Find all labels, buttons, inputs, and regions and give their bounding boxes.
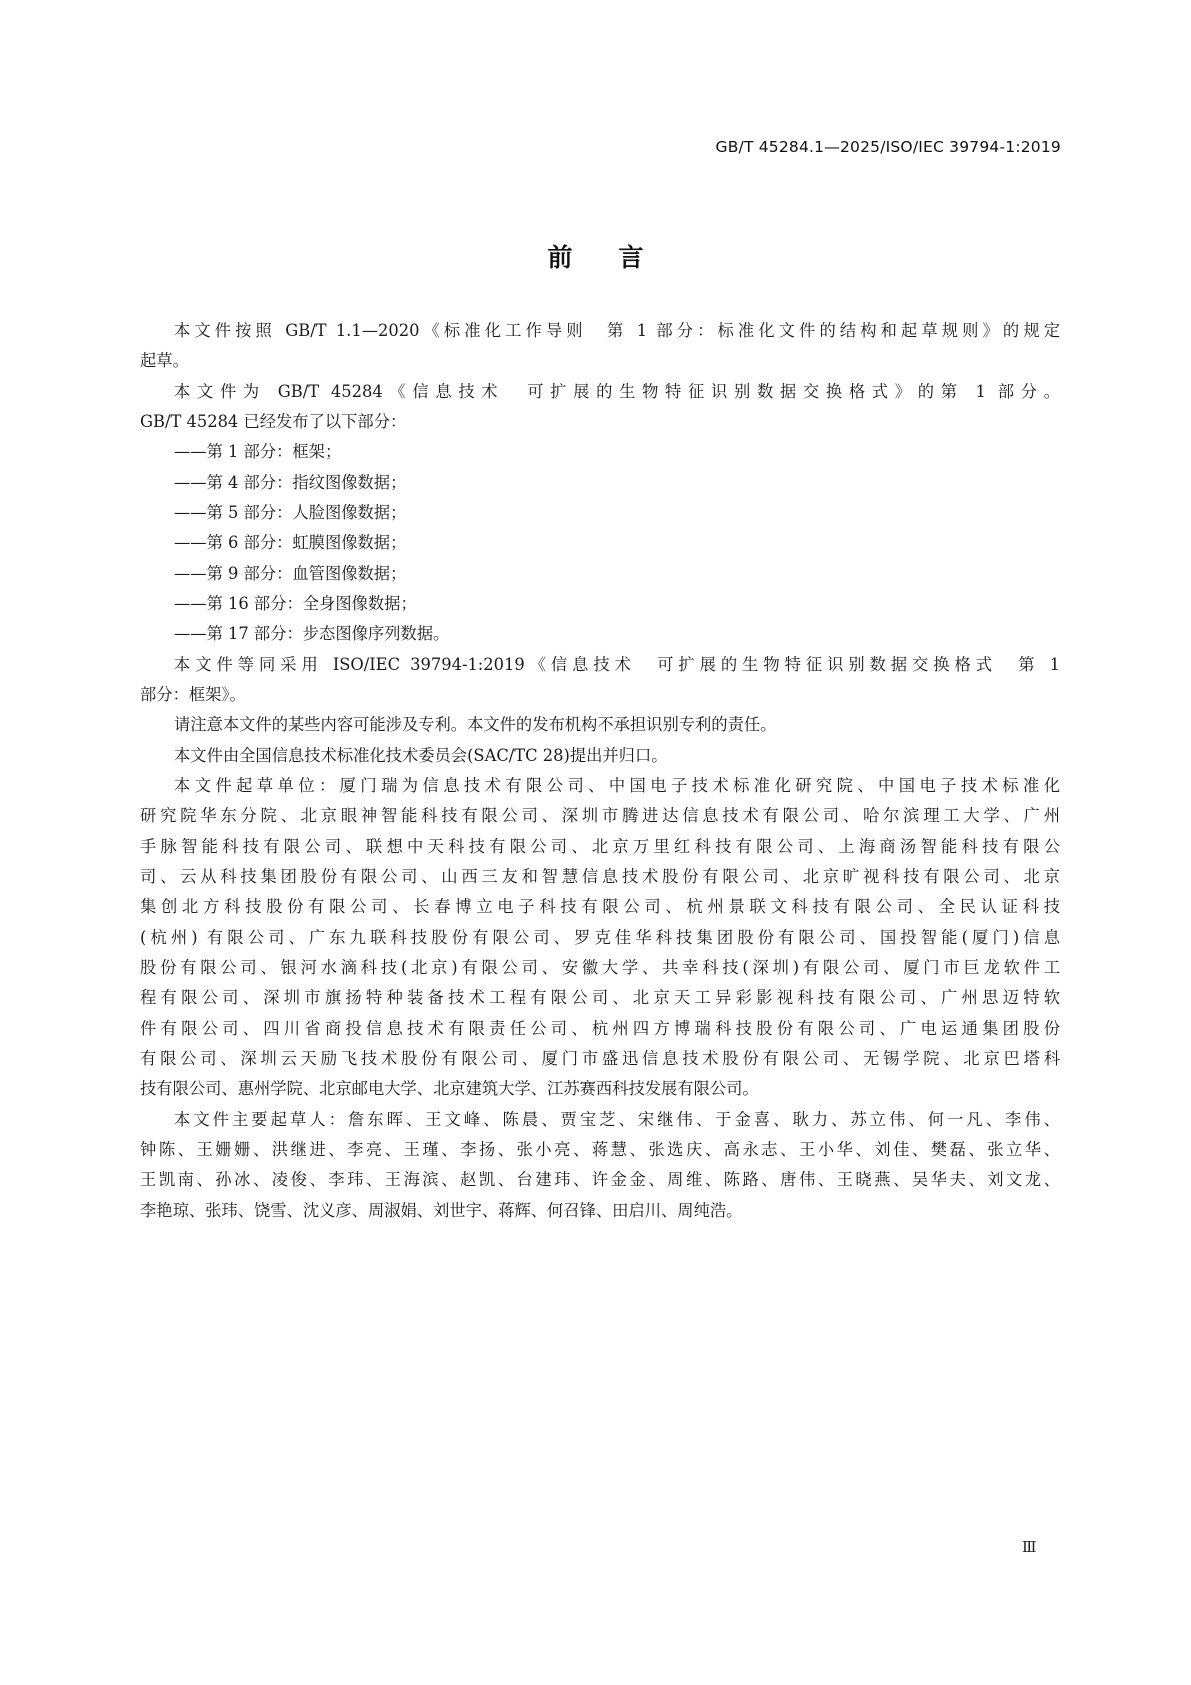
paragraph-2-line-1: 本文件为 GB/T 45284《信息技术 可扩展的生物特征识别数据交换格式》的第…	[174, 381, 1060, 403]
list-item: ——第 4 部分：指纹图像数据；	[174, 472, 1094, 494]
list-item: ——第 17 部分：步态图像序列数据。	[174, 623, 1094, 645]
paragraph-1-line-1: 本文件按照 GB/T 1.1—2020《标准化工作导则 第 1 部分：标准化文件…	[174, 320, 1060, 342]
paragraph-2-line-2: GB/T 45284 已经发布了以下部分：	[140, 411, 1060, 433]
list-item: ——第 5 部分：人脸图像数据；	[174, 502, 1094, 524]
org-line: 件有限公司、四川省商投信息技术有限责任公司、杭州四方博瑞科技股份有限公司、广电运…	[140, 1018, 1060, 1040]
paragraph-3-line-1: 本文件等同采用 ISO/IEC 39794-1:2019《信息技术 可扩展的生物…	[174, 654, 1060, 676]
patent-notice: 请注意本文件的某些内容可能涉及专利。本文件的发布机构不承担识别专利的责任。	[174, 714, 1094, 736]
org-line: 司、云从科技集团股份有限公司、山西三友和智慧信息技术股份有限公司、北京旷视科技有…	[140, 866, 1060, 888]
list-item: ——第 9 部分：血管图像数据；	[174, 563, 1094, 585]
list-item: ——第 16 部分：全身图像数据；	[174, 593, 1094, 615]
standard-number-header: GB/T 45284.1—2025/ISO/IEC 39794-1:2019	[715, 138, 1061, 156]
list-item: ——第 1 部分：框架；	[174, 441, 1094, 463]
org-line: 手脉智能科技有限公司、联想中天科技有限公司、北京万里红科技有限公司、上海商汤智能…	[140, 836, 1060, 858]
page-title: 前言	[0, 238, 1191, 274]
org-line: 技有限公司、惠州学院、北京邮电大学、北京建筑大学、江苏赛西科技发展有限公司。	[140, 1078, 1060, 1100]
org-line: 股份有限公司、银河水滴科技(北京)有限公司、安徽大学、共幸科技(深圳)有限公司、…	[140, 957, 1060, 979]
committee-statement: 本文件由全国信息技术标准化技术委员会(SAC/TC 28)提出并归口。	[174, 745, 1094, 767]
drafter-line: 钟陈、王姗姗、洪继进、李亮、王瑾、李扬、张小亮、蒋慧、张选庆、高永志、王小华、刘…	[140, 1139, 1060, 1161]
paragraph-3-line-2: 部分：框架》。	[140, 684, 1060, 706]
drafter-line: 李艳琼、张玮、饶雪、沈义彦、周淑娟、刘世宇、蒋辉、何召锋、田启川、周纯浩。	[140, 1200, 1060, 1222]
document-page: GB/T 45284.1—2025/ISO/IEC 39794-1:2019 前…	[0, 0, 1191, 1685]
org-line: 程有限公司、深圳市旗扬特种装备技术工程有限公司、北京天工异彩影视科技有限公司、广…	[140, 987, 1060, 1009]
org-line: 集创北方科技股份有限公司、长春博立电子科技有限公司、杭州景联文科技有限公司、全民…	[140, 896, 1060, 918]
page-number: Ⅲ	[1022, 1538, 1036, 1556]
org-line: 有限公司、深圳云天励飞技术股份有限公司、厦门市盛迅信息技术股份有限公司、无锡学院…	[140, 1048, 1060, 1070]
org-line: 研究院华东分院、北京眼神智能科技有限公司、深圳市腾进达信息技术有限公司、哈尔滨理…	[140, 805, 1060, 827]
org-line: 本文件起草单位：厦门瑞为信息技术有限公司、中国电子技术标准化研究院、中国电子技术…	[174, 775, 1060, 797]
list-item: ——第 6 部分：虹膜图像数据；	[174, 532, 1094, 554]
drafter-line: 本文件主要起草人：詹东晖、王文峰、陈晨、贾宝芝、宋继伟、于金喜、耿力、苏立伟、何…	[174, 1109, 1060, 1131]
drafter-line: 王凯南、孙冰、凌俊、李玮、王海滨、赵凯、台建玮、许金金、周维、陈路、唐伟、王晓燕…	[140, 1169, 1060, 1191]
paragraph-1-line-2: 起草。	[140, 350, 1060, 372]
org-line: (杭州) 有限公司、广东九联科技股份有限公司、罗克佳华科技集团股份有限公司、国投…	[140, 927, 1060, 949]
